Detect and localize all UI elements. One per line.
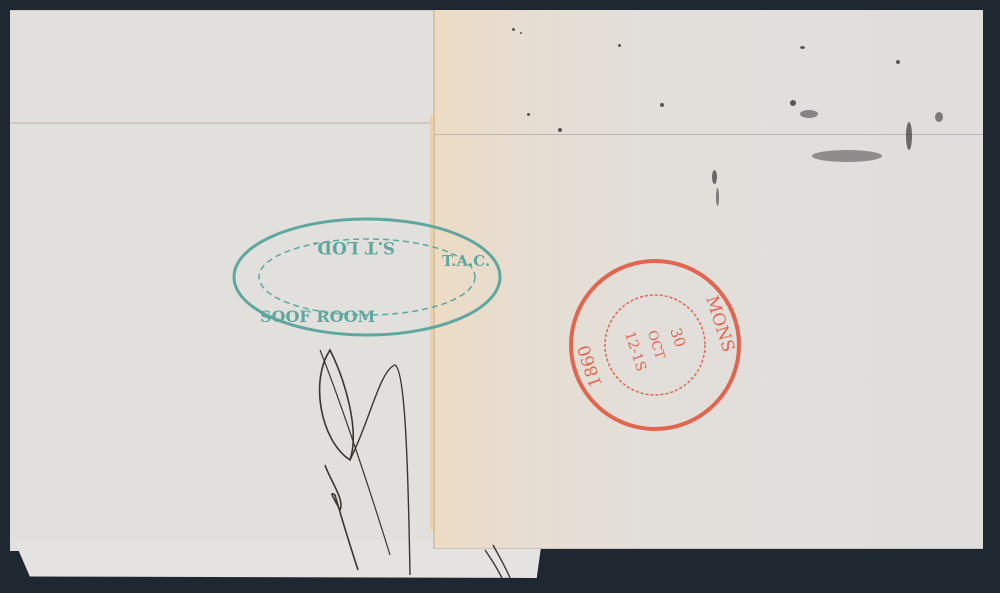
red-postmark: MONS 1860 30 OCT 12-1S [566,256,744,434]
cachet-top-text: S.T LOD. [312,237,395,257]
fold-line [10,122,433,124]
postmark-month: OCT [644,329,667,362]
cachet-right-text: T.A.C. [442,252,490,270]
handwriting-flourish [310,340,540,580]
postmark-town: MONS [701,293,738,354]
postmark-day: 30 [666,326,689,350]
cachet-bottom-text: SOOF ROOM [260,307,375,326]
fold-line [435,134,983,135]
blue-oval-cachet: S.T LOD. SOOF ROOM T.A.C. [230,214,504,340]
